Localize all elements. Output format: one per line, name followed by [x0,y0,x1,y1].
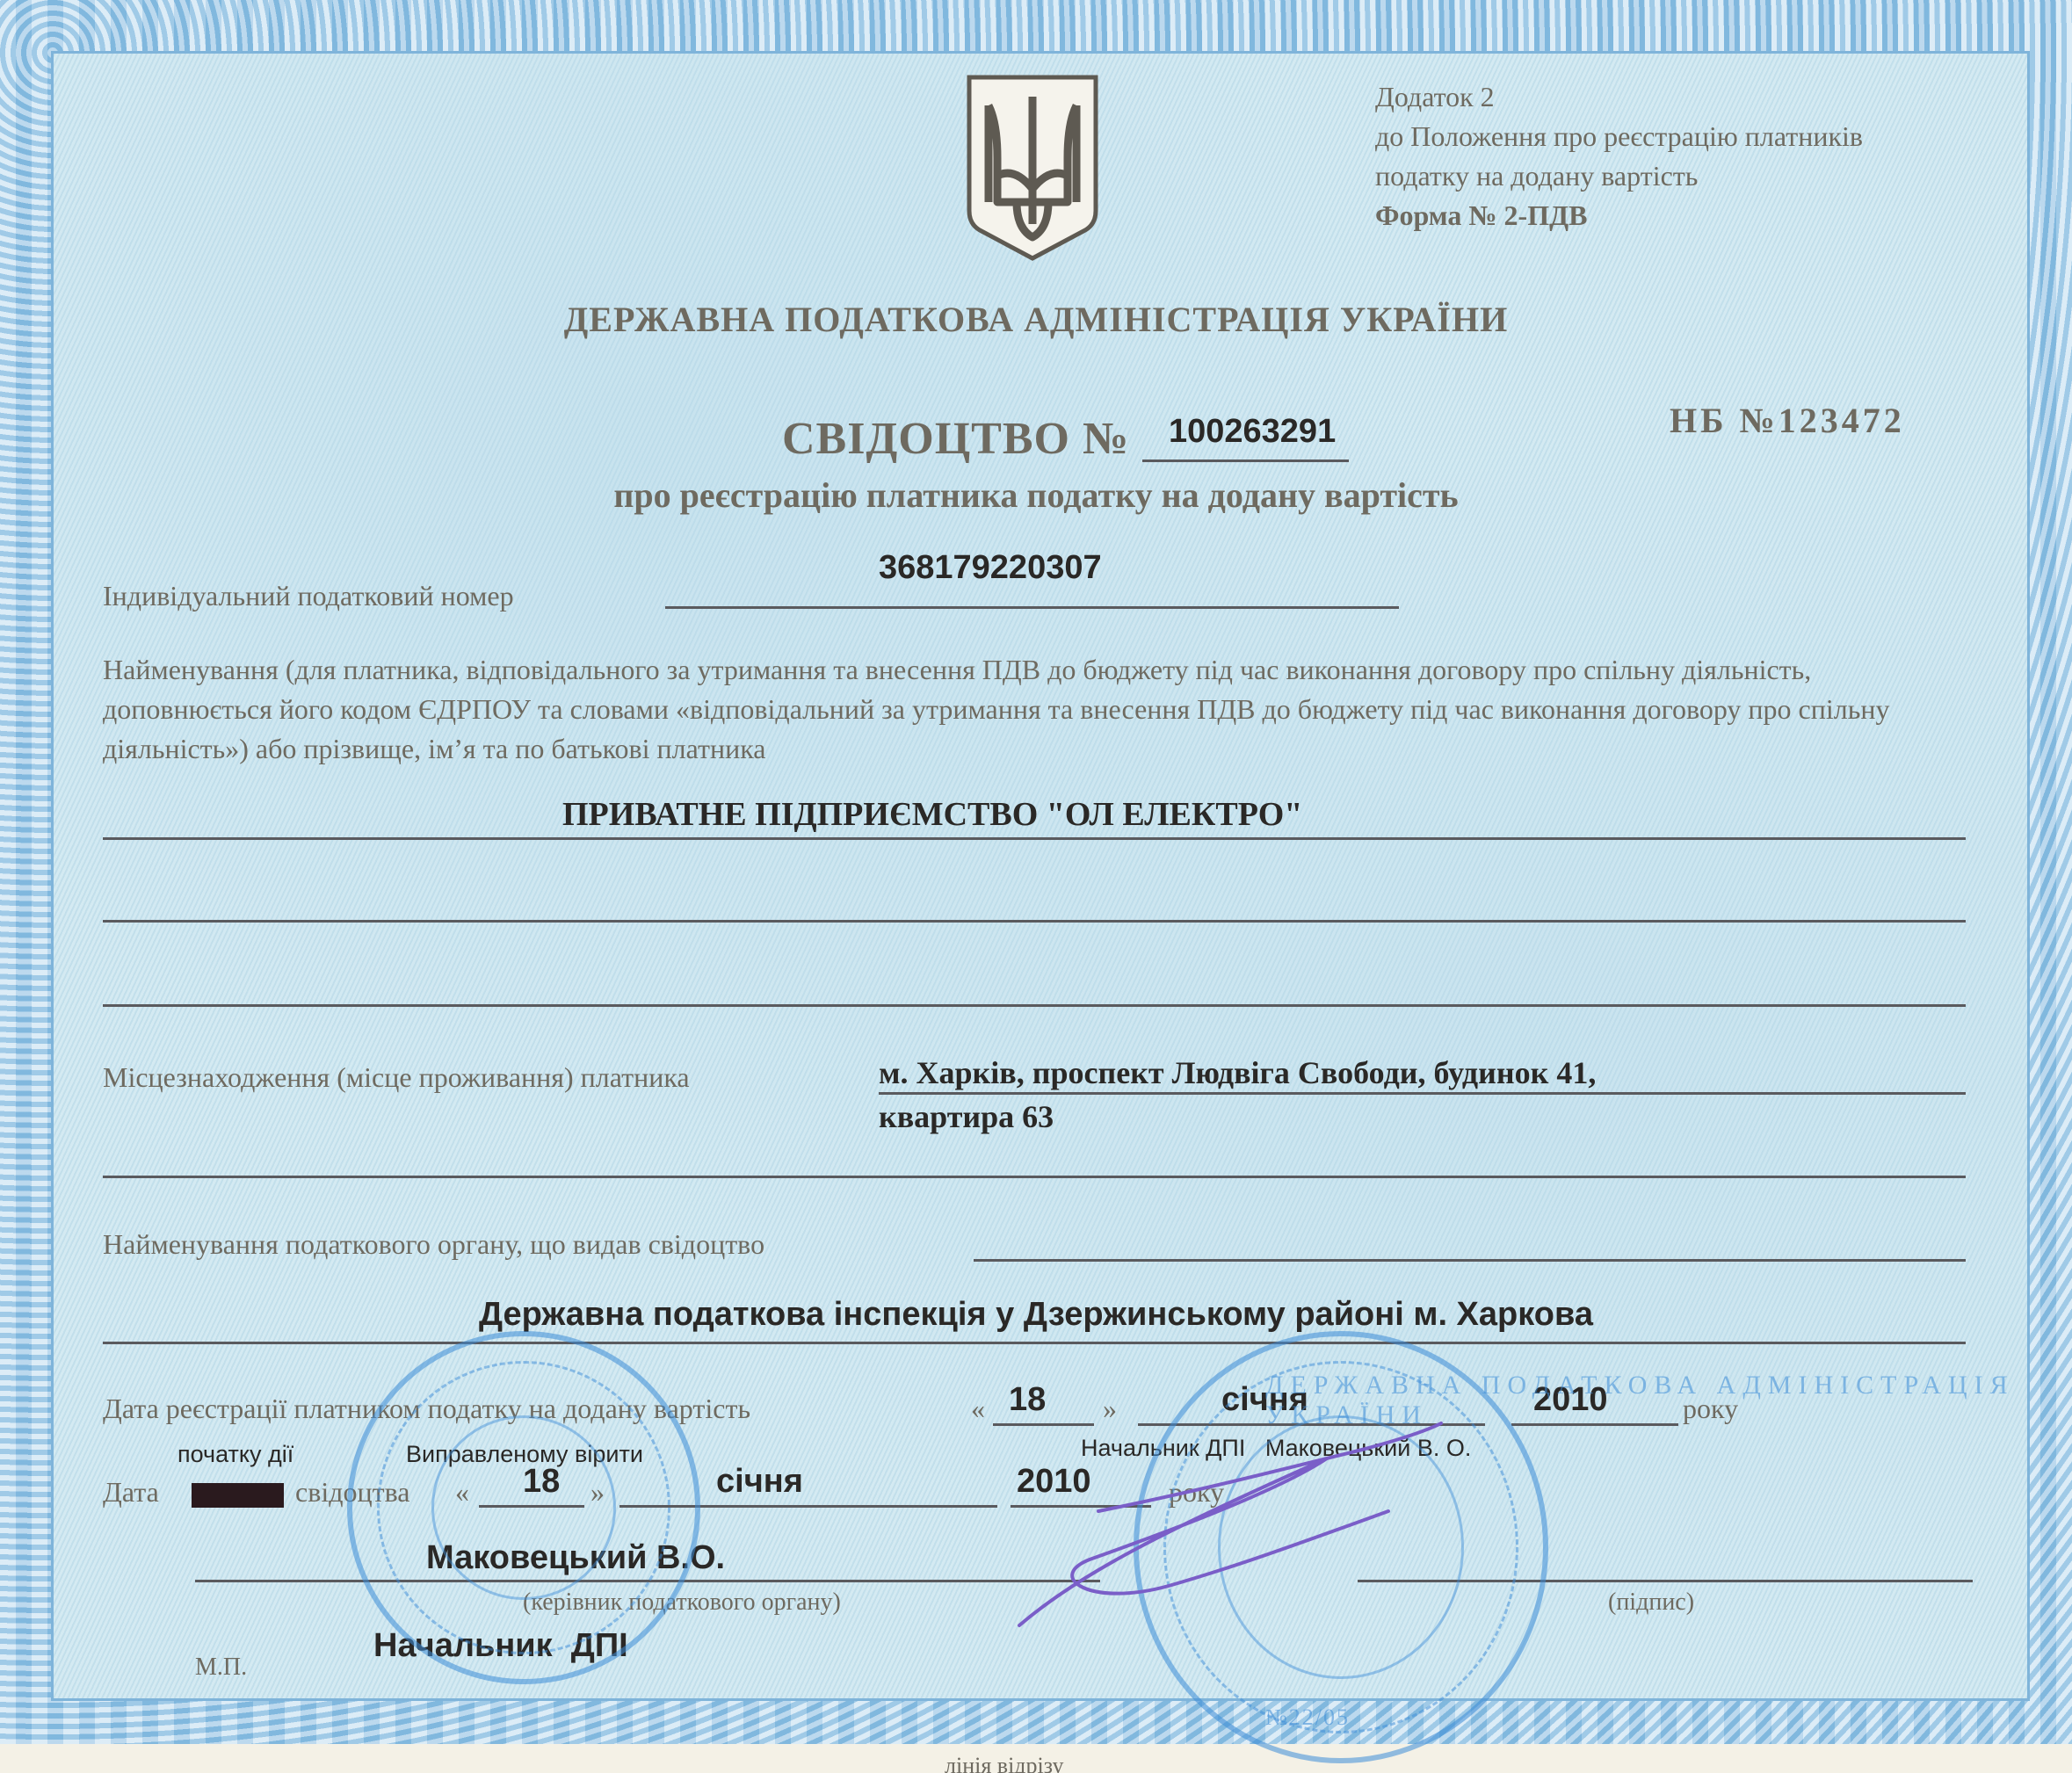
ipn-value: 368179220307 [879,549,1102,587]
tax-authority-line-1 [974,1259,1966,1262]
annex-line-3: податку на додану вартість [1375,156,1863,196]
issue-date-open-quote: « [455,1476,469,1509]
head-correction-signature: Начальник ДПІ Маковецький В. О. [1081,1435,1471,1462]
coat-of-arms-icon [962,70,1103,264]
tax-authority-label: Найменування податкового органу, що вида… [103,1228,764,1261]
annex-line-2: до Положення про реєстрацію платників [1375,117,1863,156]
annex-line-1: Додаток 2 [1375,77,1863,117]
issue-year-suffix: року [1169,1476,1224,1509]
certificate-title: СВІДОЦТВО № [782,413,1129,465]
registration-day-line [993,1423,1094,1426]
signatory-caption: (керівник податкового органу) [523,1588,841,1617]
address-line-1: м. Харків, проспект Людвіга Свободи, буд… [879,1054,1596,1091]
name-line-3 [103,1004,1966,1007]
cut-line-label: лінія відрізу [945,1753,1063,1773]
issue-year: 2010 [1017,1463,1091,1501]
signatory-name-line [195,1580,1100,1582]
tax-authority-line-2 [103,1342,1966,1344]
issue-date-label-suffix: свідоцтва [295,1476,409,1509]
signature-line [1358,1580,1973,1582]
issue-day-line [479,1505,584,1508]
address-line-2: квартира 63 [879,1098,1054,1135]
registration-date-close-quote: » [1103,1393,1117,1425]
signature-caption: (підпис) [1608,1588,1694,1617]
signatory-position: Начальник ДПІ [373,1627,628,1665]
tax-authority-name: Державна податкова інспекція у Дзержинсь… [0,1296,2072,1334]
ipn-label: Індивідуальний податковий номер [103,580,514,612]
seal-placeholder-label: М.П. [195,1654,247,1682]
issue-date-close-quote: » [590,1476,605,1509]
name-line-2 [103,920,1966,923]
agency-title: ДЕРЖАВНА ПОДАТКОВА АДМІНІСТРАЦІЯ УКРАЇНИ [0,299,2072,340]
certificate-number: 100263291 [1169,413,1336,451]
start-of-validity-note: початку дії [177,1441,293,1468]
annex-block: Додаток 2 до Положення про реєстрацію пл… [1375,77,1863,235]
address-line-1-rule [879,1092,1966,1095]
issue-date-label-prefix: Дата [103,1476,159,1509]
form-number: Форма № 2-ПДВ [1375,196,1863,235]
issue-month-line [619,1505,997,1508]
address-line-2-rule [103,1176,1966,1178]
certificate-subtitle: про реєстрацію платника податку на додан… [0,474,2072,516]
name-line-1 [103,837,1966,840]
location-label: Місцезнаходження (місце проживання) плат… [103,1061,690,1094]
registration-date-open-quote: « [971,1393,985,1425]
registration-date-label: Дата реєстрації платником податку на дод… [103,1393,750,1425]
certificate-number-line [1142,460,1349,462]
blank-series-number: НБ №123472 [1670,400,1905,441]
issue-year-line [1011,1505,1151,1508]
name-label: Найменування (для платника, відповідальн… [103,650,1974,769]
registration-day: 18 [1009,1381,1046,1419]
company-name: ПРИВАТНЕ ПІДПРИЄМСТВО "ОЛ ЕЛЕКТРО" [562,795,1302,834]
stamp-number: №22/05 [1265,1704,1350,1731]
signatory-name: Маковецький В.О. [426,1539,725,1577]
issue-day: 18 [523,1463,560,1501]
issue-month: січня [716,1463,803,1501]
redacted-word [192,1483,284,1508]
stamp-text: ДЕРЖАВНА ПОДАТКОВА АДМІНІСТРАЦІЯ УКРАЇНИ [1265,1371,2072,1430]
ipn-line [665,606,1399,609]
